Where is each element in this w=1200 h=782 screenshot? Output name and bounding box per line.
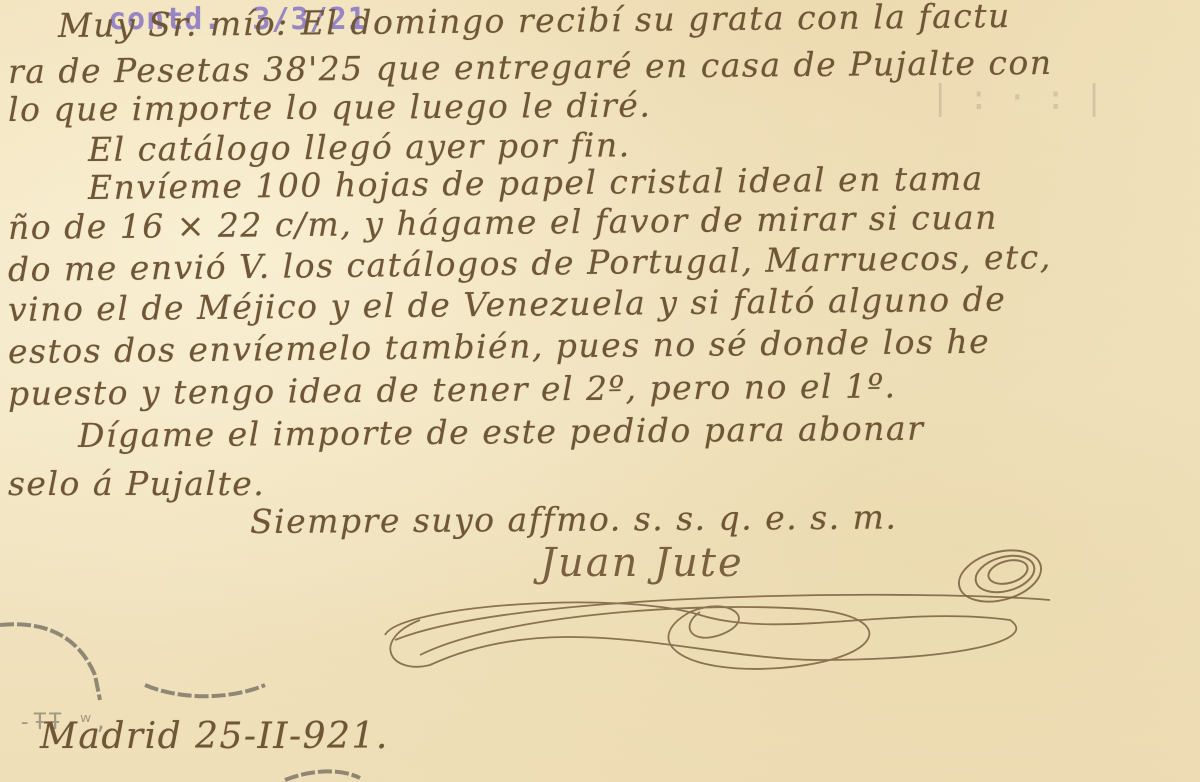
closing-line: Siempre suyo affmo. s. s. q. e. s. m. bbox=[250, 497, 898, 541]
signature: Juan Jute bbox=[540, 540, 744, 586]
letter-line-10: puesto y tengo idea de tener el 2º, pero… bbox=[8, 366, 897, 413]
letter-line-12: selo á Pujalte. bbox=[8, 464, 265, 503]
letter-line-11: Dígame el importe de este pedido para ab… bbox=[78, 409, 925, 455]
letter-line-3: lo que importe lo que luego le diré. bbox=[8, 86, 652, 129]
ghost-postmark-impression: |:·:| bbox=[930, 78, 1120, 118]
place-and-date: Madrid 25-II-921. bbox=[40, 716, 389, 757]
